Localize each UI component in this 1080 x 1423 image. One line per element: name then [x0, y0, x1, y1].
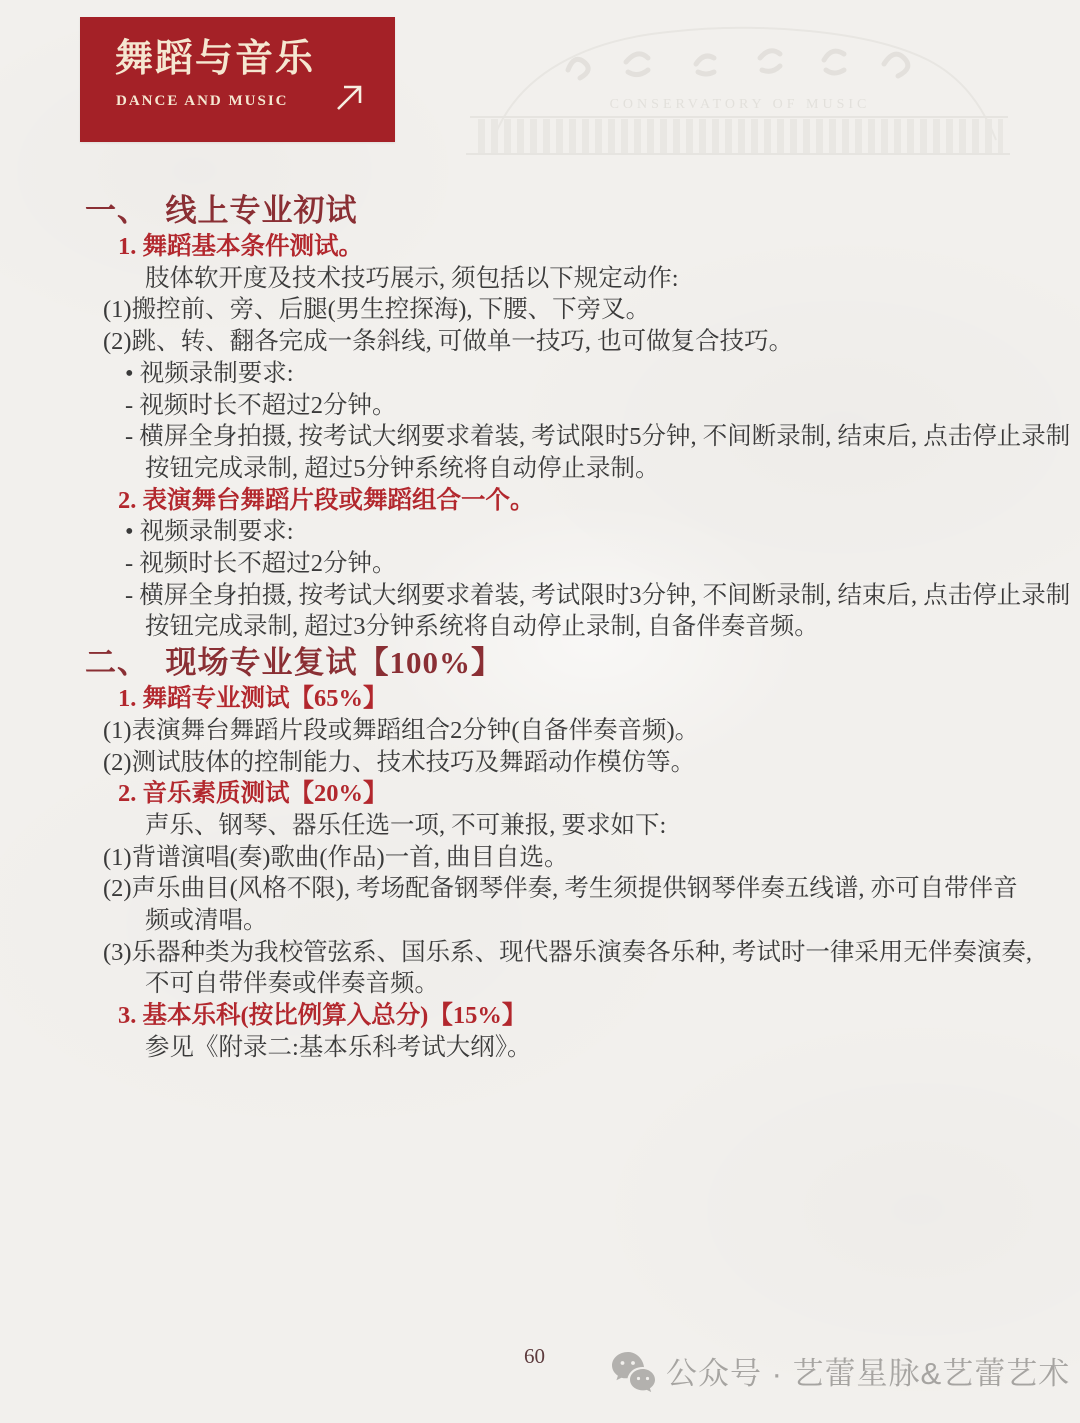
dash-line: - 横屏全身拍摄, 按考试大纲要求着装, 考试限时3分钟, 不间断录制, 结束后… [125, 580, 1045, 612]
dash-line: - 横屏全身拍摄, 按考试大纲要求着装, 考试限时5分钟, 不间断录制, 结束后… [125, 421, 1045, 453]
bullet-line: • 视频录制要求: [125, 516, 1045, 548]
bullet-line: • 视频录制要求: [125, 358, 1045, 390]
subhead-1-1: 1. 舞蹈基本条件测试。 [118, 231, 1045, 263]
subhead-2-2: 2. 音乐素质测试【20%】 [118, 778, 1045, 810]
text-line: 声乐、钢琴、器乐任选一项, 不可兼报, 要求如下: [145, 810, 1045, 842]
dash-line: - 视频时长不超过2分钟。 [125, 548, 1045, 580]
section-2-heading: 二、 现场专业复试【100%】 [85, 643, 1045, 683]
watermark-building: CONSERVATORY OF MUSIC [448, 12, 1033, 167]
text-line: 按钮完成录制, 超过3分钟系统将自动停止录制, 自备伴奏音频。 [145, 611, 1045, 643]
text-line: 按钮完成录制, 超过5分钟系统将自动停止录制。 [145, 453, 1045, 485]
document-page: { "header": { "title": "舞蹈与音乐", "subtitl… [0, 0, 1080, 1423]
text-line: (2)声乐曲目(风格不限), 考场配备钢琴伴奏, 考生须提供钢琴伴奏五线谱, 亦… [103, 873, 1045, 905]
text-line: (3)乐器种类为我校管弦系、国乐系、现代器乐演奏各乐种, 考试时一律采用无伴奏演… [103, 937, 1045, 969]
exam-requirements-text: 一、 线上专业初试 1. 舞蹈基本条件测试。 肢体软开度及技术技巧展示, 须包括… [85, 191, 1045, 1064]
text-line: 肢体软开度及技术技巧展示, 须包括以下规定动作: [145, 263, 1045, 295]
section-1-heading: 一、 线上专业初试 [85, 191, 1045, 231]
watermark-calligraphy [568, 51, 908, 78]
text-line: (2)测试肢体的控制能力、技术技巧及舞蹈动作模仿等。 [103, 747, 1045, 779]
text-line: 不可自带伴奏或伴奏音频。 [145, 968, 1045, 1000]
watermark-en-text: CONSERVATORY OF MUSIC [610, 97, 871, 112]
footer-brand-text: 公众号 · 艺蕾星脉&艺蕾艺术 [666, 1348, 1070, 1393]
dash-line: - 视频时长不超过2分钟。 [125, 390, 1045, 422]
text-line: (2)跳、转、翻各完成一条斜线, 可做单一技巧, 也可做复合技巧。 [103, 326, 1045, 358]
subhead-2-1: 1. 舞蹈专业测试【65%】 [118, 683, 1045, 715]
text-line: 频或清唱。 [145, 905, 1045, 937]
arrow-up-right-icon [331, 78, 367, 114]
page-number: 60 [524, 1344, 545, 1369]
banner-title: 舞蹈与音乐 [115, 39, 395, 81]
subhead-2-3: 3. 基本乐科(按比例算入总分)【15%】 [118, 1000, 1045, 1032]
text-line: (1)表演舞台舞蹈片段或舞蹈组合2分钟(自备伴奏音频)。 [103, 715, 1045, 747]
subhead-1-2: 2. 表演舞台舞蹈片段或舞蹈组合一个。 [118, 485, 1045, 517]
footer-brand: 公众号 · 艺蕾星脉&艺蕾艺术 [610, 1348, 1070, 1393]
text-line: (1)搬控前、旁、后腿(男生控探海), 下腰、下旁叉。 [103, 294, 1045, 326]
text-line: 参见《附录二:基本乐科考试大纲》。 [145, 1032, 1045, 1064]
text-line: (1)背谱演唱(奏)歌曲(作品)一首, 曲目自选。 [103, 842, 1045, 874]
section-banner: 舞蹈与音乐 DANCE AND MUSIC [80, 17, 395, 142]
wechat-icon [610, 1350, 656, 1392]
